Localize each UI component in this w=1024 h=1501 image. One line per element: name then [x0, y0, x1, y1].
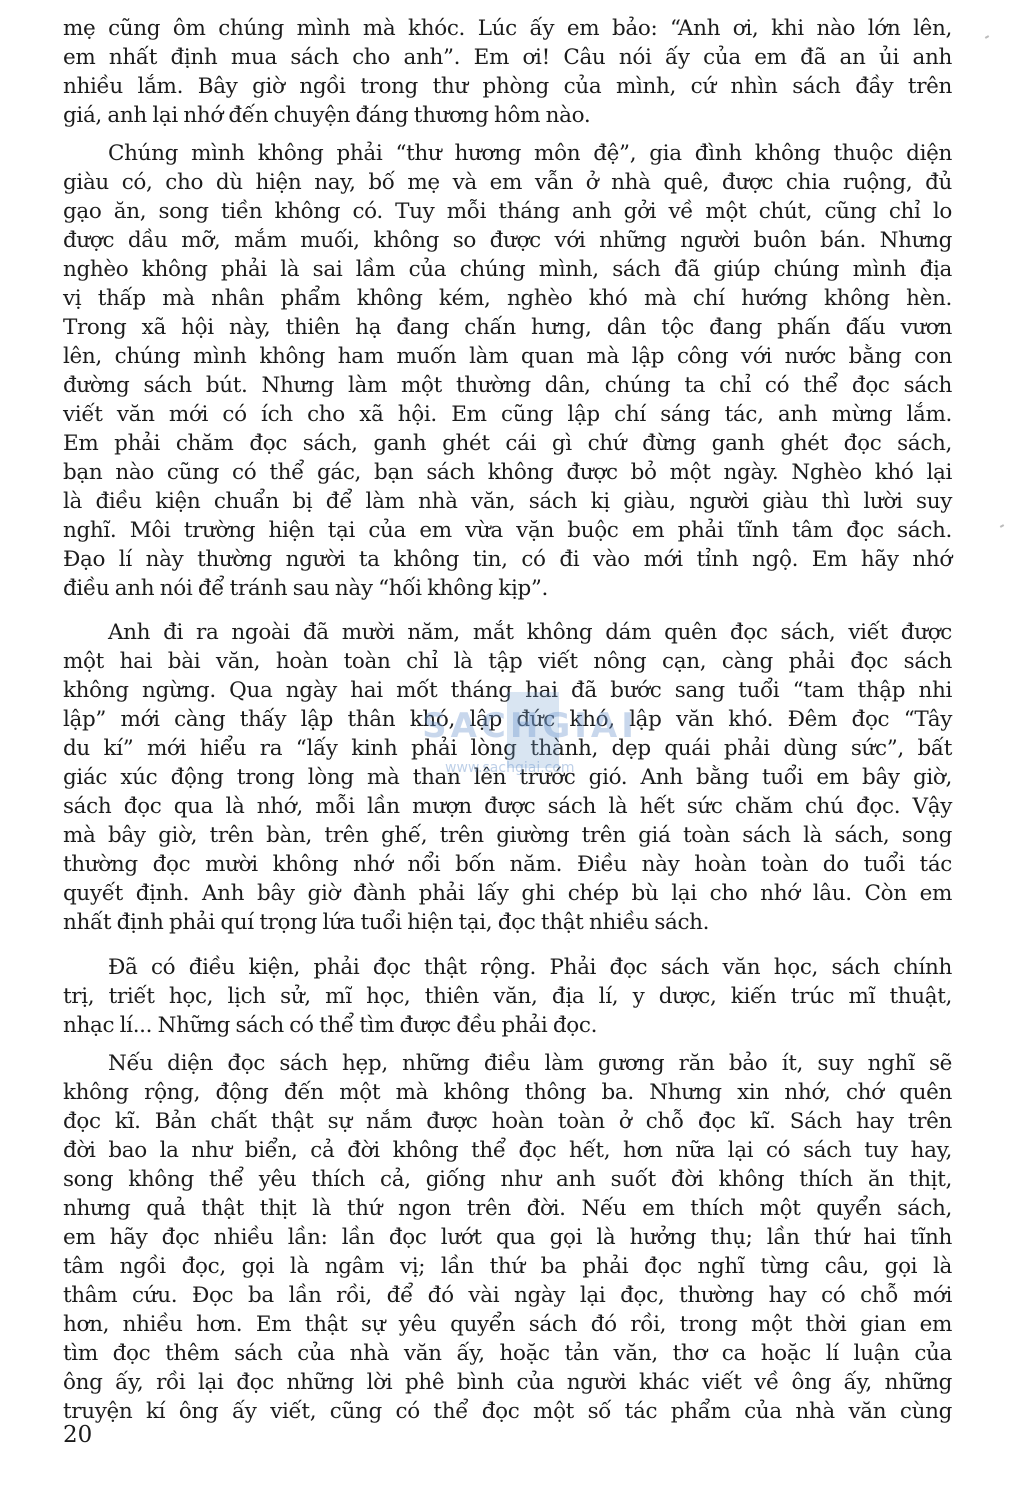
text-line: nhiều lắm. Bây giờ ngồi trong thư phòng … — [63, 72, 952, 101]
text-line: nghĩ. Môi trường hiện tại của em vừa vặn… — [63, 516, 952, 545]
text-line: giác xúc động trong lòng mà than lên trư… — [63, 763, 952, 792]
text-line: đọc kĩ. Bản chất thật sự nắm được hoàn t… — [63, 1107, 952, 1136]
scan-speck — [1000, 524, 1004, 528]
text-line: Đạo lí này thường người ta không tin, có… — [63, 545, 952, 574]
text-line: thường đọc mười không nhớ nổi bốn năm. Đ… — [63, 850, 952, 879]
text-line: mà bây giờ, trên bàn, trên ghế, trên giư… — [63, 821, 952, 850]
text-line: Chúng mình không phải “thư hương môn đệ”… — [108, 139, 952, 168]
text-line: gạo ăn, song tiền không có. Tuy mỗi thán… — [63, 197, 952, 226]
text-line: nhạc lí... Những sách có thể tìm được đề… — [63, 1011, 952, 1040]
text-line: điều anh nói để tránh sau này “hối không… — [63, 574, 952, 603]
text-line: một hai bài văn, hoàn toàn chỉ là tập vi… — [63, 647, 952, 676]
text-line: trị, triết học, lịch sử, mĩ học, thiên v… — [63, 982, 952, 1011]
text-line: song không thể yêu thích cả, giống như a… — [63, 1165, 952, 1194]
text-line: không rộng, động đến một mà không thông … — [63, 1078, 952, 1107]
text-line: Nếu diện đọc sách hẹp, những điều làm gư… — [108, 1049, 952, 1078]
text-line: lên, chúng mình không ham muốn làm quan … — [63, 342, 952, 371]
text-line: em nhất định mua sách cho anh”. Em ơi! C… — [63, 43, 952, 72]
text-line: lập” mới càng thấy lập thân khó, lập đức… — [63, 705, 952, 734]
text-line: không ngừng. Qua ngày hai mốt tháng hai … — [63, 676, 952, 705]
text-line: Em phải chăm đọc sách, ganh ghét cái gì … — [63, 429, 952, 458]
text-line: bạn nào cũng có thể gác, bạn sách không … — [63, 458, 952, 487]
text-line: em hãy đọc nhiều lần: lần đọc lướt qua g… — [63, 1223, 952, 1252]
text-line: thâm cứu. Đọc ba lần rồi, để đó vài ngày… — [63, 1281, 952, 1310]
text-line: Đã có điều kiện, phải đọc thật rộng. Phả… — [108, 953, 952, 982]
text-line: quyết định. Anh bây giờ đành phải lấy gh… — [63, 879, 952, 908]
text-line: nghèo không phải là sai lầm của chúng mì… — [63, 255, 952, 284]
text-line: tâm ngồi đọc, gọi là ngâm vị; lần thứ ba… — [63, 1252, 952, 1281]
page-number: 20 — [63, 1420, 92, 1450]
text-line: giá, anh lại nhớ đến chuyện đáng thương … — [63, 101, 952, 130]
text-line: đường sách bút. Nhưng làm một thường dân… — [63, 371, 952, 400]
text-line: đời bao la như biển, cả đời không thể đọ… — [63, 1136, 952, 1165]
text-line: Anh đi ra ngoài đã mười năm, mắt không d… — [108, 618, 952, 647]
text-line: truyện kí ông ấy viết, cũng có thể đọc m… — [63, 1397, 952, 1426]
text-line: ông ấy, rồi lại đọc những lời phê bình c… — [63, 1368, 952, 1397]
text-line: Trong xã hội này, thiên hạ đang chấn hưn… — [63, 313, 952, 342]
text-line: tìm đọc thêm sách của nhà văn ấy, hoặc t… — [63, 1339, 952, 1368]
text-line: nhất định phải quí trọng lứa tuổi hiện t… — [63, 908, 952, 937]
text-line: nhưng quả thật thịt là thứ ngon trên đời… — [63, 1194, 952, 1223]
text-line: vị thấp mà nhân phẩm không kém, nghèo kh… — [63, 284, 952, 313]
text-line: hơn, nhiều hơn. Em thật sự yêu quyển sác… — [63, 1310, 952, 1339]
book-page: mẹ cũng ôm chúng mình mà khóc. Lúc ấy em… — [0, 0, 1024, 1501]
text-line: giàu có, cho dù hiện nay, bố mẹ và em vẫ… — [63, 168, 952, 197]
text-line: du kí” mới hiểu ra “lấy kinh phải lòng t… — [63, 734, 952, 763]
text-line: là điều kiện chuẩn bị để làm nhà văn, sá… — [63, 487, 952, 516]
text-line: được dầu mỡ, mắm muối, không so được với… — [63, 226, 952, 255]
text-line: viết văn mới có ích cho xã hội. Em cũng … — [63, 400, 952, 429]
scan-speck — [985, 35, 989, 39]
text-line: mẹ cũng ôm chúng mình mà khóc. Lúc ấy em… — [63, 14, 952, 43]
text-line: sách đọc qua là nhớ, mỗi lần mượn được s… — [63, 792, 952, 821]
